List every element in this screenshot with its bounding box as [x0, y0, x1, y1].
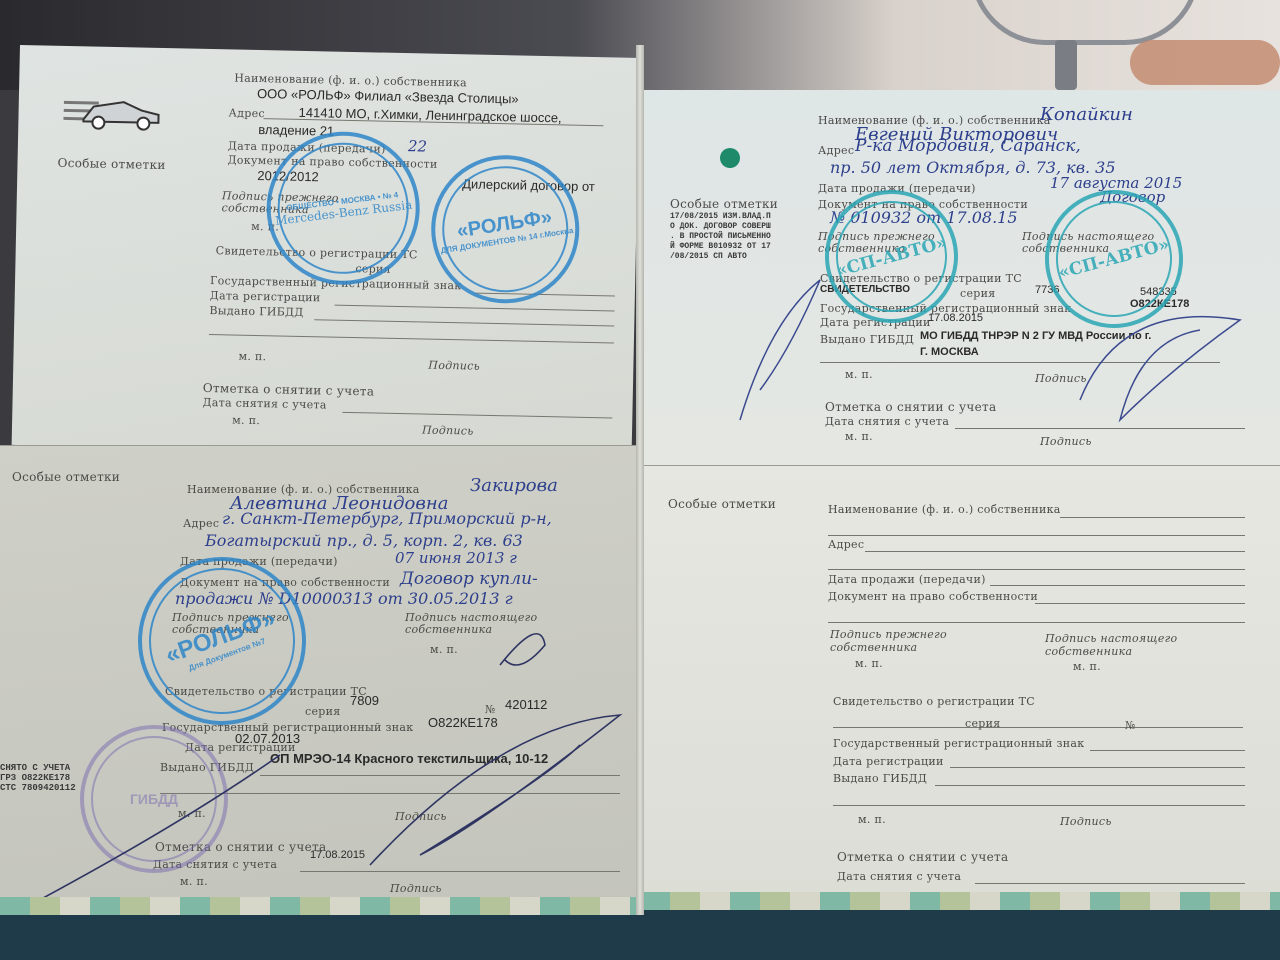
issued-by-label: Выдано ГИБДД [833, 772, 927, 785]
prev-owner-sig-label: Подпись прежнего [830, 628, 947, 641]
special-marks-label: Особые отметки [668, 497, 776, 511]
owner-name-value: ООО «РОЛЬФ» Филиал «Звезда Столицы» [257, 86, 519, 106]
mp-label-2: м. п. [845, 430, 873, 443]
address-field-2 [828, 569, 1245, 570]
guilloche-border [640, 892, 1280, 910]
mirror-stand [1055, 40, 1077, 90]
car-icon [63, 91, 164, 133]
section-divider [640, 465, 1280, 466]
cur-owner-sig-label: Подпись настоящего [1045, 632, 1177, 645]
number-label: № [1125, 719, 1136, 732]
booklet-spine [636, 45, 644, 915]
address-line2: Богатырский пр., д. 5, корп. 2, кв. 63 [205, 531, 523, 550]
series-field [833, 727, 1243, 728]
plate-label: Государственный регистрационный знак [833, 737, 1084, 750]
dereg-date-underline [342, 412, 612, 419]
issued-by-field-2 [833, 805, 1245, 806]
hologram-dot [720, 148, 740, 168]
owner-surname-value: Закирова [470, 475, 558, 496]
section-bottom-left: Особые отметки СНЯТО С УЧЕТА ГРЗ О822КЕ1… [0, 445, 640, 915]
address-label: Адрес [228, 106, 265, 120]
owner-surname-value: Копайкин [1040, 104, 1133, 125]
dereg-mark-label: Отметка о снятии с учета [837, 850, 1008, 864]
signature-scribble [700, 260, 1260, 430]
cur-owner-sig-label2: собственника [1045, 645, 1132, 658]
special-marks-label: Особые отметки [12, 470, 120, 484]
ownership-doc-value1: Договор купли- [400, 569, 538, 589]
mp-label: м. п. [855, 657, 883, 670]
mp-label-2: м. п. [238, 350, 266, 364]
reg-date-label: Дата регистрации [833, 755, 944, 768]
ownership-doc-field [1035, 603, 1245, 604]
dereg-date-label: Дата снятия с учета [202, 396, 326, 412]
section-top-right: Особые отметки 17/08/2015 ИЗМ.ВЛАД.П О Д… [640, 90, 1280, 465]
reg-cert-label: Свидетельство о регистрации ТС [833, 695, 1035, 708]
prev-owner-sig-label2: собственника [830, 641, 917, 654]
owner-name-field [1060, 517, 1245, 518]
signature-label-2: Подпись [422, 424, 474, 438]
background-cover [0, 910, 1280, 960]
address-field [865, 551, 1245, 552]
sale-date-value: 22 [408, 137, 427, 155]
ownership-doc-field-2 [828, 622, 1245, 623]
signature-label: Подпись [428, 359, 480, 373]
sale-date-label: Дата продажи (передачи) [828, 573, 986, 586]
special-marks-note: 17/08/2015 ИЗМ.ВЛАД.П О ДОК. ДОГОВОР СОВ… [670, 212, 771, 262]
address-label: Адрес [828, 538, 864, 551]
signature-scribble [0, 605, 640, 915]
series-label: серия [965, 717, 1000, 730]
issued-by-underline [314, 319, 614, 326]
address-line1: Р-ка Мордовия, Саранск, [855, 136, 1081, 156]
special-marks-label: Особые отметки [57, 156, 165, 172]
dereg-date-label: Дата снятия с учета [837, 870, 961, 883]
section-top-left: Особые отметки Наименование (ф. и. о.) с… [12, 45, 640, 458]
issued-by-field [935, 785, 1245, 786]
owner-name-field-2 [828, 535, 1245, 536]
mp-label-3: м. п. [232, 414, 260, 428]
section-divider [0, 445, 640, 446]
reg-date-label: Дата регистрации [210, 289, 321, 304]
plate-field [1090, 750, 1245, 751]
mp-label-2: м. п. [858, 813, 886, 826]
background-object [1130, 40, 1280, 85]
signature-label: Подпись [1060, 815, 1112, 828]
sale-date-field [990, 585, 1245, 586]
guilloche-border [0, 897, 640, 915]
address-label: Адрес [183, 517, 219, 530]
ownership-doc-label: Документ на право собственности [828, 590, 1038, 603]
mp-label-b: м. п. [1073, 660, 1101, 673]
owner-name-label: Наименование (ф. и. о.) собственника [828, 503, 1061, 516]
address-line1: г. Санкт-Петербург, Приморский р-н, [222, 509, 552, 528]
signature-label-2: Подпись [1040, 435, 1092, 448]
sale-date-value: 07 июня 2013 г [395, 549, 517, 567]
address-label: Адрес [818, 144, 854, 157]
reg-date-field [950, 767, 1245, 768]
special-marks-label: Особые отметки [670, 197, 778, 211]
section-bottom-right: Особые отметки Наименование (ф. и. о.) с… [640, 465, 1280, 910]
dereg-date-field [975, 883, 1245, 884]
issued-by-underline2 [209, 334, 614, 343]
issued-by-label: Выдано ГИБДД [209, 304, 303, 319]
reg-date-underline [335, 305, 615, 312]
